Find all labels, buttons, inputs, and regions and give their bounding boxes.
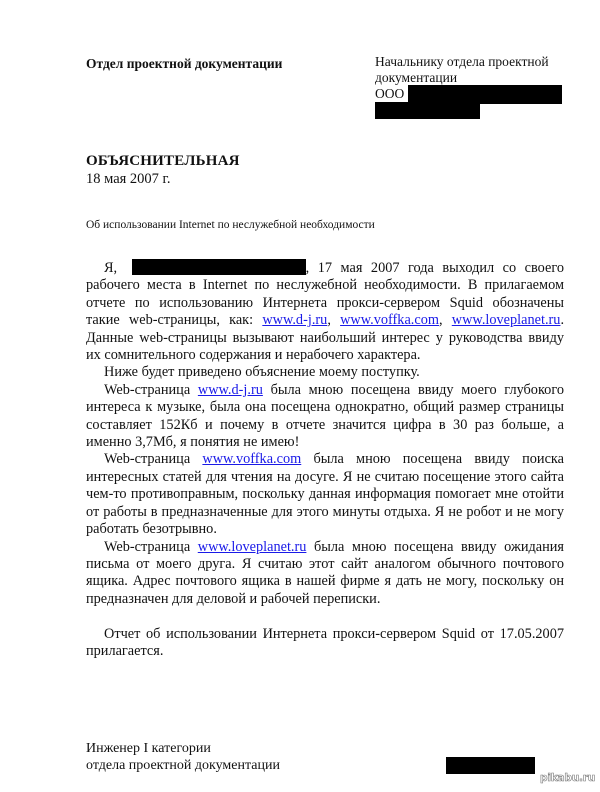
signature-block: Инженер I категории отдела проектной док… [86,740,280,774]
redacted-author-name [132,259,306,275]
link-d-j[interactable]: www.d-j.ru [262,312,327,328]
sender-department: Отдел проектной документации [86,56,282,72]
paragraph-attachment: Отчет об использовании Интернета прокси-… [86,626,564,661]
org-prefix: ООО [375,86,404,102]
paragraph-d-j: Web-страница www.d-j.ru была мною посеще… [86,382,564,452]
text: Web-страница [104,539,198,555]
text: Web-страница [104,382,198,398]
signature-department: отдела проектной документации [86,757,280,774]
text: Я, [104,260,117,276]
paragraph-voffka: Web-страница www.voffka.com была мною по… [86,451,564,538]
link-voffka[interactable]: www.voffka.com [340,312,439,328]
document-body: Я, , 17 мая 2007 года выходил со своего … [86,259,564,660]
document-subject: Об использовании Internet по неслужебной… [86,219,375,231]
addressee-name-row [375,102,575,118]
text: , [439,312,452,328]
addressee-org-row: ООО [375,86,575,102]
redacted-manager-name [375,102,480,119]
link-loveplanet[interactable]: www.loveplanet.ru [198,539,307,555]
signature-position: Инженер I категории [86,740,280,757]
link-voffka[interactable]: www.voffka.com [202,451,301,467]
addressee-block: Начальнику отдела проектной документации… [375,54,575,118]
link-loveplanet[interactable]: www.loveplanet.ru [452,312,561,328]
addressee-line: Начальнику отдела проектной [375,54,575,70]
watermark: pikabu.ru [540,772,595,784]
document-title: ОБЪЯСНИТЕЛЬНАЯ [86,153,240,170]
paragraph-explanation-intro: Ниже будет приведено объяснение моему по… [86,364,564,381]
text: , [327,312,340,328]
redacted-signature-name [446,757,535,774]
paragraph-intro: Я, , 17 мая 2007 года выходил со своего … [86,259,564,364]
document-date: 18 мая 2007 г. [86,171,171,188]
paragraph-loveplanet: Web-страница www.loveplanet.ru была мною… [86,539,564,609]
text: Web-страница [104,451,202,467]
link-d-j[interactable]: www.d-j.ru [198,382,263,398]
